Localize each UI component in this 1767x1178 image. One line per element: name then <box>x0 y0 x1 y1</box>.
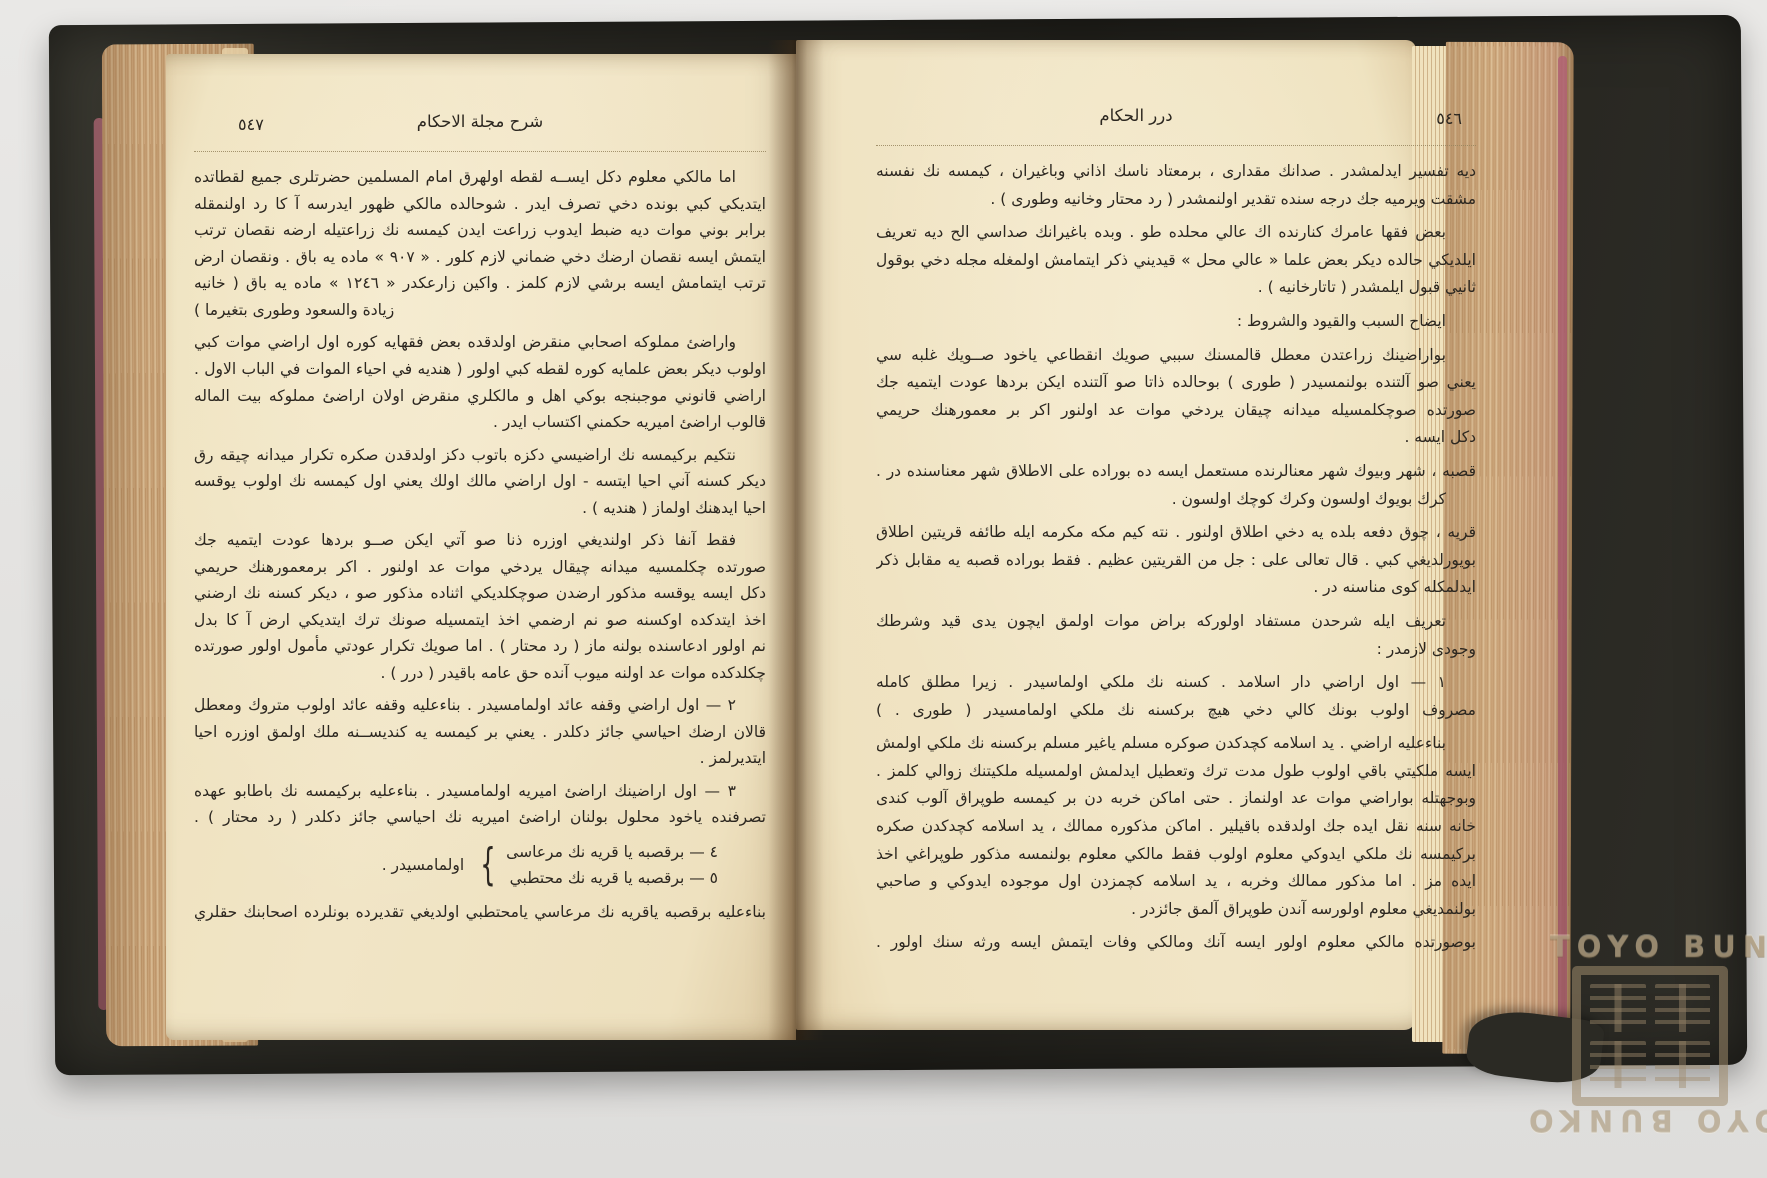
brace-group: ٤ — برقصبه يا قريه نك مرعاسى٥ — برقصبه ي… <box>194 837 766 893</box>
right-page-text: ديه تفسير ايدلمشدر . صدانك مقدارى ، برمع… <box>876 158 1476 957</box>
text-line: بولنمديغي معلوم اولورسه آندن طوپراق آلمق… <box>876 896 1476 924</box>
text-line: ترتب ايتمامش ايسه برشي لازم كلمز . واكين… <box>194 270 766 297</box>
watermark-text-bottom: TOYO BUNKO <box>1522 1104 1767 1138</box>
left-page-number: ٥٤٧ <box>238 115 264 134</box>
text-line: اولوب ديكر بعض علمايه كوره لقطه كبي اولو… <box>194 356 766 383</box>
text-line: كرك بويوك اولسون وكرك كوچك اولسون . <box>876 486 1476 514</box>
right-header-rule <box>876 145 1476 146</box>
text-line: بويورلديغي كبي . قال تعالى على : جل من ا… <box>876 547 1476 575</box>
text-line: ٥ — برقصبه يا قريه نك محتطبي <box>506 865 718 891</box>
text-line: ديكر كسنه آني احيا ايتسه - اول اراضي مال… <box>194 468 766 495</box>
brace-result-text: اولمامسيدر . <box>382 856 464 874</box>
text-line: ديه تفسير ايدلمشدر . صدانك مقدارى ، برمع… <box>876 158 1476 186</box>
text-line: بوصورتده مالكي معلوم اولور ايسه آنك ومال… <box>876 929 1476 957</box>
text-line: ٤ — برقصبه يا قريه نك مرعاسى <box>506 839 718 865</box>
text-line: قصبه ، شهر وبيوك شهر معنالرنده مستعمل اي… <box>876 458 1476 486</box>
text-line: ايتديرلمز . <box>194 745 766 772</box>
text-line: ثانيي قبول ايلمشدر ( تاتارخانيه ) . <box>876 274 1476 302</box>
text-line: ايدلمكله كوى مناسنه در . <box>876 574 1476 602</box>
right-page-header-title: درر الحكام <box>836 106 1436 125</box>
text-line: ايتديكي كبي بونده دخي تصرف ايدر . شوحالد… <box>194 191 766 218</box>
text-line: قالوب اراضئ اميريه حكمني اكتساب ايدر . <box>194 409 766 436</box>
text-line: احيا ايدهنك اولماز ( هنديه ) . <box>194 495 766 522</box>
brace-icon: { <box>480 837 495 893</box>
text-line: واراضئ مملوكه اصحابي منقرض اولدقده بعض ف… <box>194 329 766 356</box>
left-page-content: ٥٤٧ شرح مجلة الاحكام اما مالكي معلوم دكل… <box>194 112 766 925</box>
text-line: فقط آنفا ذكر اولنديغي اوزره ذنا صو آتي ا… <box>194 527 766 554</box>
right-page-number: ٥٤٦ <box>1436 109 1462 128</box>
text-line: بناءعليه اراضي . يد اسلامه كچدكدن صوكره … <box>876 730 1476 758</box>
text-line: اراضي قانوني موجبنجه بوكي اهل و مالكلري … <box>194 383 766 410</box>
text-line: قريه ، چوق دفعه بلده يه دخي اطلاق اولنور… <box>876 519 1476 547</box>
text-line: يعني صو آلتنده بولنمسيدر ( طورى ) بوحالد… <box>876 369 1476 397</box>
text-line: اخذ ايتدكده اوكسنه صو نم ارضمي اخذ ايتمس… <box>194 607 766 634</box>
text-line: وبوجهتله بواراضي موات عد اولنماز . حتى ا… <box>876 785 1476 813</box>
left-header-rule <box>194 151 766 152</box>
brace-items: ٤ — برقصبه يا قريه نك مرعاسى٥ — برقصبه ي… <box>506 839 718 891</box>
text-line: بناءعليه برقصبه ياقريه نك مرعاسي يامحتطب… <box>194 899 766 926</box>
left-page-header-title: شرح مجلة الاحكام <box>194 112 766 131</box>
text-line: تعريف ايله شرحدن مستفاد اولوركه براض موا… <box>876 608 1476 636</box>
text-line: صورتده چكلمسيه ميدانه چيقال يردخي موات ع… <box>194 554 766 581</box>
text-line: نتكيم بركيمسه نك اراضيسي دكزه باتوب دكز … <box>194 442 766 469</box>
text-line: دكل ايسه يوقسه مذكور ارضدن صوچكلديكي اثن… <box>194 580 766 607</box>
text-line: ٣ — اول اراضينك اراضئ اميريه اولمامسيدر … <box>194 778 766 805</box>
text-line: بعض فقها عامرك كنارنده اك عالي محلده طو … <box>876 219 1476 247</box>
text-line: مصروف اولوب بونك كالي دخي هيچ بركسنه نك … <box>876 697 1476 725</box>
text-line: ٢ — اول اراضي وقفه عائد اولمامسيدر . بنا… <box>194 692 766 719</box>
left-page-text: اما مالكي معلوم دكل ايســه لقطه اولهرق ا… <box>194 164 766 925</box>
text-line: ايده مز . اما مذكور ممالك وخربه ، يد اسل… <box>876 868 1476 896</box>
right-page-content: ٥٤٦ درر الحكام ديه تفسير ايدلمشدر . صدان… <box>876 106 1476 957</box>
text-line: اما مالكي معلوم دكل ايســه لقطه اولهرق ا… <box>194 164 766 191</box>
text-line: ١ — اول اراضي دار اسلامد . كسنه نك ملكي … <box>876 669 1476 697</box>
left-page-header-row: ٥٤٧ شرح مجلة الاحكام <box>194 112 766 148</box>
text-line: بواراضينك زراعتدن معطل قالمسنك سببي صويك… <box>876 342 1476 370</box>
text-line: صورتده صوچكلمسيله ميدانه چيقان يردخي موا… <box>876 397 1476 425</box>
text-line: چكلدكده موات عد اولنه ميوب آنده حق عامه … <box>194 660 766 687</box>
text-line: قالان ارضك احياسي جائز دكلدر . يعني بر ك… <box>194 719 766 746</box>
text-line: زيادة والسعود وطورى بتغيرما ) <box>194 297 766 324</box>
text-line: بركيمسه نك ملكي ايدوكي معلوم اولوب فقط م… <box>876 841 1476 869</box>
photo-background: ٥٤٧ شرح مجلة الاحكام اما مالكي معلوم دكل… <box>0 0 1767 1178</box>
book-inner-edge-right <box>1558 56 1567 1034</box>
book-gutter-shadow <box>768 40 824 1040</box>
text-line: ايضاح السبب والقيود والشروط : <box>876 308 1476 336</box>
text-line: ايتمش ايسه نقصان ارضك دخي ضماني لازم كلو… <box>194 244 766 271</box>
text-line: ايسه ملكيتي باقي اولوب طول مدت ترك وتعطي… <box>876 758 1476 786</box>
right-page-header-row: ٥٤٦ درر الحكام <box>876 106 1476 142</box>
text-line: برابر بوني موات ديه ضبط ايدوب زراعت ايدن… <box>194 217 766 244</box>
text-line: دكل ايسه . <box>876 424 1476 452</box>
text-line: خانه سنه نقل ايده جك اولدقده باقيلير . ا… <box>876 813 1476 841</box>
text-line: وجودى لازمدر : <box>876 636 1476 664</box>
text-line: مشقت ويرميه جك درجه سنده تقدير اولنمشدر … <box>876 186 1476 214</box>
text-line: تصرفنده ياخود محلول بولنان اراضئ اميريه … <box>194 804 766 831</box>
text-line: نم اولور ادعاسنده بولنه ماز ( رد محتار )… <box>194 633 766 660</box>
text-line: ايلديكي حالده ديكر بعض علما « عالي محل »… <box>876 247 1476 275</box>
